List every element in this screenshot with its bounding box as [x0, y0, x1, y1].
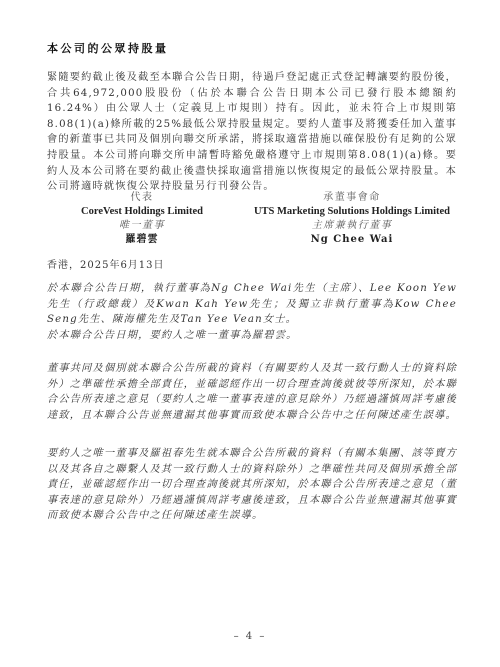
signature-role: 唯一董事	[47, 219, 237, 233]
signature-for-label: 承董事會命	[237, 191, 467, 205]
public-float-paragraph: 緊隨要約截止後及截至本聯合公告日期，待過戶登記處正式登記轉讓要約股份後，合共64…	[47, 70, 457, 195]
signature-name: Ng Chee Wai	[237, 233, 467, 247]
directors-note: 於本聯合公告日期，執行董事為Ng Chee Wai先生（主席）、Lee Koon…	[47, 281, 457, 328]
page-number: – 4 –	[0, 631, 500, 642]
section-heading: 本公司的公眾持股量	[47, 40, 169, 56]
offeror-responsibility-statement: 要約人之唯一董事及羅祖春先生就本聯合公告所載的資料（有關本集團、該等賣方以及其各…	[47, 446, 457, 524]
date-line: 香港，2025年6月13日	[47, 256, 165, 271]
signature-for-label: 代表	[47, 191, 237, 205]
signature-name: 羅碧雲	[47, 233, 237, 247]
directors-responsibility-statement: 董事共同及個別就本聯合公告所載的資料（有關要約人及其一致行動人士的資料除外）之準…	[47, 361, 457, 423]
signature-role: 主席兼執行董事	[237, 219, 467, 233]
signature-block-company: 承董事會命 UTS Marketing Solutions Holdings L…	[237, 191, 467, 247]
signature-company: CoreVest Holdings Limited	[47, 205, 237, 219]
offeror-director-note: 於本聯合公告日期，要約人之唯一董事為羅碧雲。	[47, 328, 457, 344]
signature-company: UTS Marketing Solutions Holdings Limited	[237, 205, 467, 219]
signature-block-offeror: 代表 CoreVest Holdings Limited 唯一董事 羅碧雲	[47, 191, 237, 247]
